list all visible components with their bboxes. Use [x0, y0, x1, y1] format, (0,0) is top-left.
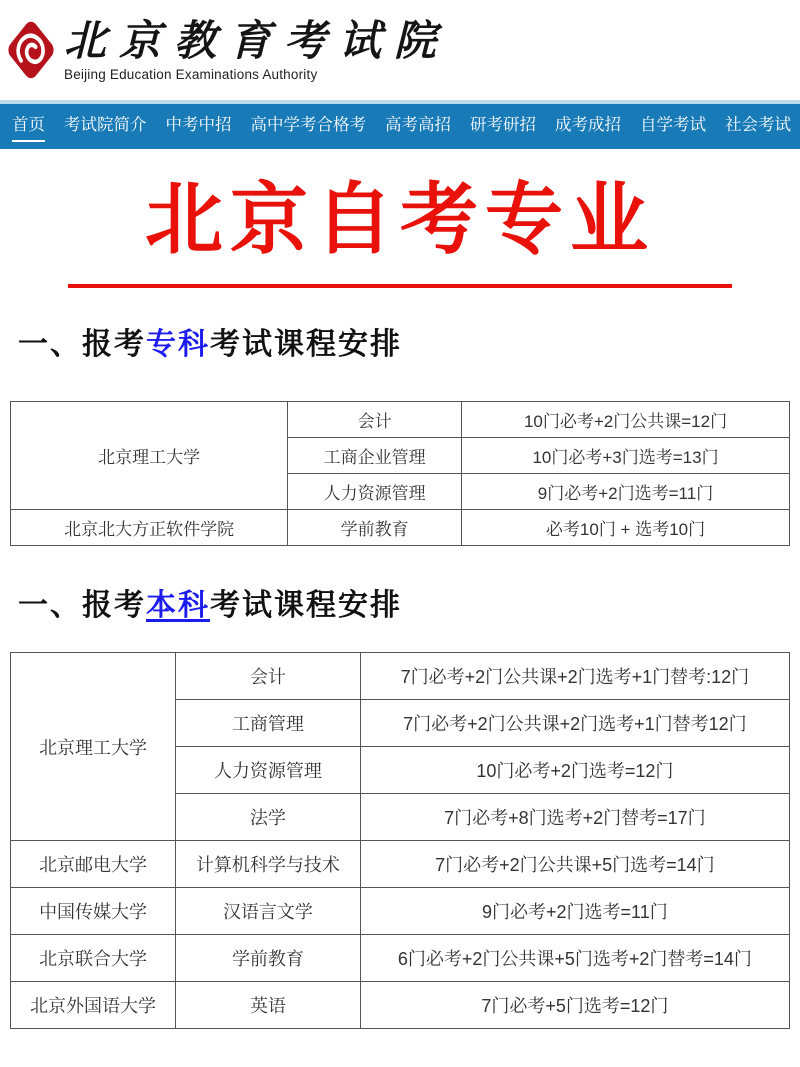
major-cell: 法学: [176, 794, 361, 841]
beca-logo-icon: [6, 18, 56, 82]
courses-cell: 7门必考+2门公共课+5门选考=14门: [360, 841, 789, 888]
school-cell: 北京北大方正软件学院: [11, 510, 288, 546]
courses-cell: 必考10门 + 选考10门: [462, 510, 790, 546]
heading-prefix: 一、报考: [18, 589, 146, 622]
section-heading-zhuanke: 一、报考专科考试课程安排: [18, 323, 800, 367]
banner-underline: [68, 284, 732, 288]
major-cell: 英语: [176, 982, 361, 1029]
table-row: 北京理工大学会计7门必考+2门公共课+2门选考+1门替考:12门: [11, 653, 790, 700]
courses-cell: 10门必考+3门选考=13门: [462, 438, 790, 474]
section-heading-benke: 一、报考本科考试课程安排: [18, 584, 800, 628]
table-row: 北京外国语大学英语7门必考+5门选考=12门: [11, 982, 790, 1029]
major-cell: 会计: [288, 402, 462, 438]
courses-cell: 7门必考+8门选考+2门替考=17门: [360, 794, 789, 841]
major-cell: 人力资源管理: [176, 747, 361, 794]
zhuanke-course-table: 北京理工大学会计10门必考+2门公共课=12门工商企业管理10门必考+3门选考=…: [10, 401, 790, 546]
major-cell: 工商企业管理: [288, 438, 462, 474]
heading-highlight: 本科: [146, 589, 210, 622]
banner: 北京自考专业: [0, 171, 800, 288]
nav-item[interactable]: 成考成招: [555, 111, 621, 142]
heading-highlight: 专科: [146, 328, 210, 361]
main-nav: 首页考试院简介中考中招高中学考合格考高考高招研考研招成考成招自学考试社会考试: [0, 104, 800, 149]
heading-suffix: 考试课程安排: [210, 328, 402, 361]
school-cell: 北京邮电大学: [11, 841, 176, 888]
nav-item[interactable]: 研考研招: [470, 111, 536, 142]
benke-course-table: 北京理工大学会计7门必考+2门公共课+2门选考+1门替考:12门工商管理7门必考…: [10, 652, 790, 1029]
courses-cell: 9门必考+2门选考=11门: [360, 888, 789, 935]
table-row: 北京邮电大学计算机科学与技术7门必考+2门公共课+5门选考=14门: [11, 841, 790, 888]
nav-item[interactable]: 自学考试: [640, 111, 706, 142]
courses-cell: 6门必考+2门公共课+5门选考+2门替考=14门: [360, 935, 789, 982]
header-titles: 北京教育考试院 Beijing Education Examinations A…: [64, 18, 449, 82]
nav-item[interactable]: 高考高招: [385, 111, 451, 142]
school-cell: 中国传媒大学: [11, 888, 176, 935]
school-cell: 北京理工大学: [11, 653, 176, 841]
site-title-cn: 北京教育考试院: [64, 20, 449, 64]
nav-item[interactable]: 社会考试: [725, 111, 791, 142]
table-row: 中国传媒大学汉语言文学9门必考+2门选考=11门: [11, 888, 790, 935]
heading-prefix: 一、报考: [18, 328, 146, 361]
courses-cell: 7门必考+2门公共课+2门选考+1门替考12门: [360, 700, 789, 747]
courses-cell: 7门必考+2门公共课+2门选考+1门替考:12门: [360, 653, 789, 700]
courses-cell: 10门必考+2门选考=12门: [360, 747, 789, 794]
table-row: 北京理工大学会计10门必考+2门公共课=12门: [11, 402, 790, 438]
table-row: 北京联合大学学前教育6门必考+2门公共课+5门选考+2门替考=14门: [11, 935, 790, 982]
site-header: 北京教育考试院 Beijing Education Examinations A…: [0, 0, 800, 100]
major-cell: 计算机科学与技术: [176, 841, 361, 888]
major-cell: 人力资源管理: [288, 474, 462, 510]
courses-cell: 7门必考+5门选考=12门: [360, 982, 789, 1029]
school-cell: 北京理工大学: [11, 402, 288, 510]
nav-item[interactable]: 考试院简介: [64, 111, 147, 142]
courses-cell: 10门必考+2门公共课=12门: [462, 402, 790, 438]
major-cell: 工商管理: [176, 700, 361, 747]
site-title-en: Beijing Education Examinations Authority: [64, 67, 449, 82]
major-cell: 学前教育: [288, 510, 462, 546]
major-cell: 会计: [176, 653, 361, 700]
nav-item[interactable]: 首页: [12, 111, 45, 142]
major-cell: 学前教育: [176, 935, 361, 982]
courses-cell: 9门必考+2门选考=11门: [462, 474, 790, 510]
nav-item[interactable]: 高中学考合格考: [251, 111, 367, 142]
school-cell: 北京外国语大学: [11, 982, 176, 1029]
nav-item[interactable]: 中考中招: [166, 111, 232, 142]
banner-title: 北京自考专业: [0, 171, 800, 268]
heading-suffix: 考试课程安排: [210, 589, 402, 622]
school-cell: 北京联合大学: [11, 935, 176, 982]
major-cell: 汉语言文学: [176, 888, 361, 935]
table-row: 北京北大方正软件学院学前教育必考10门 + 选考10门: [11, 510, 790, 546]
